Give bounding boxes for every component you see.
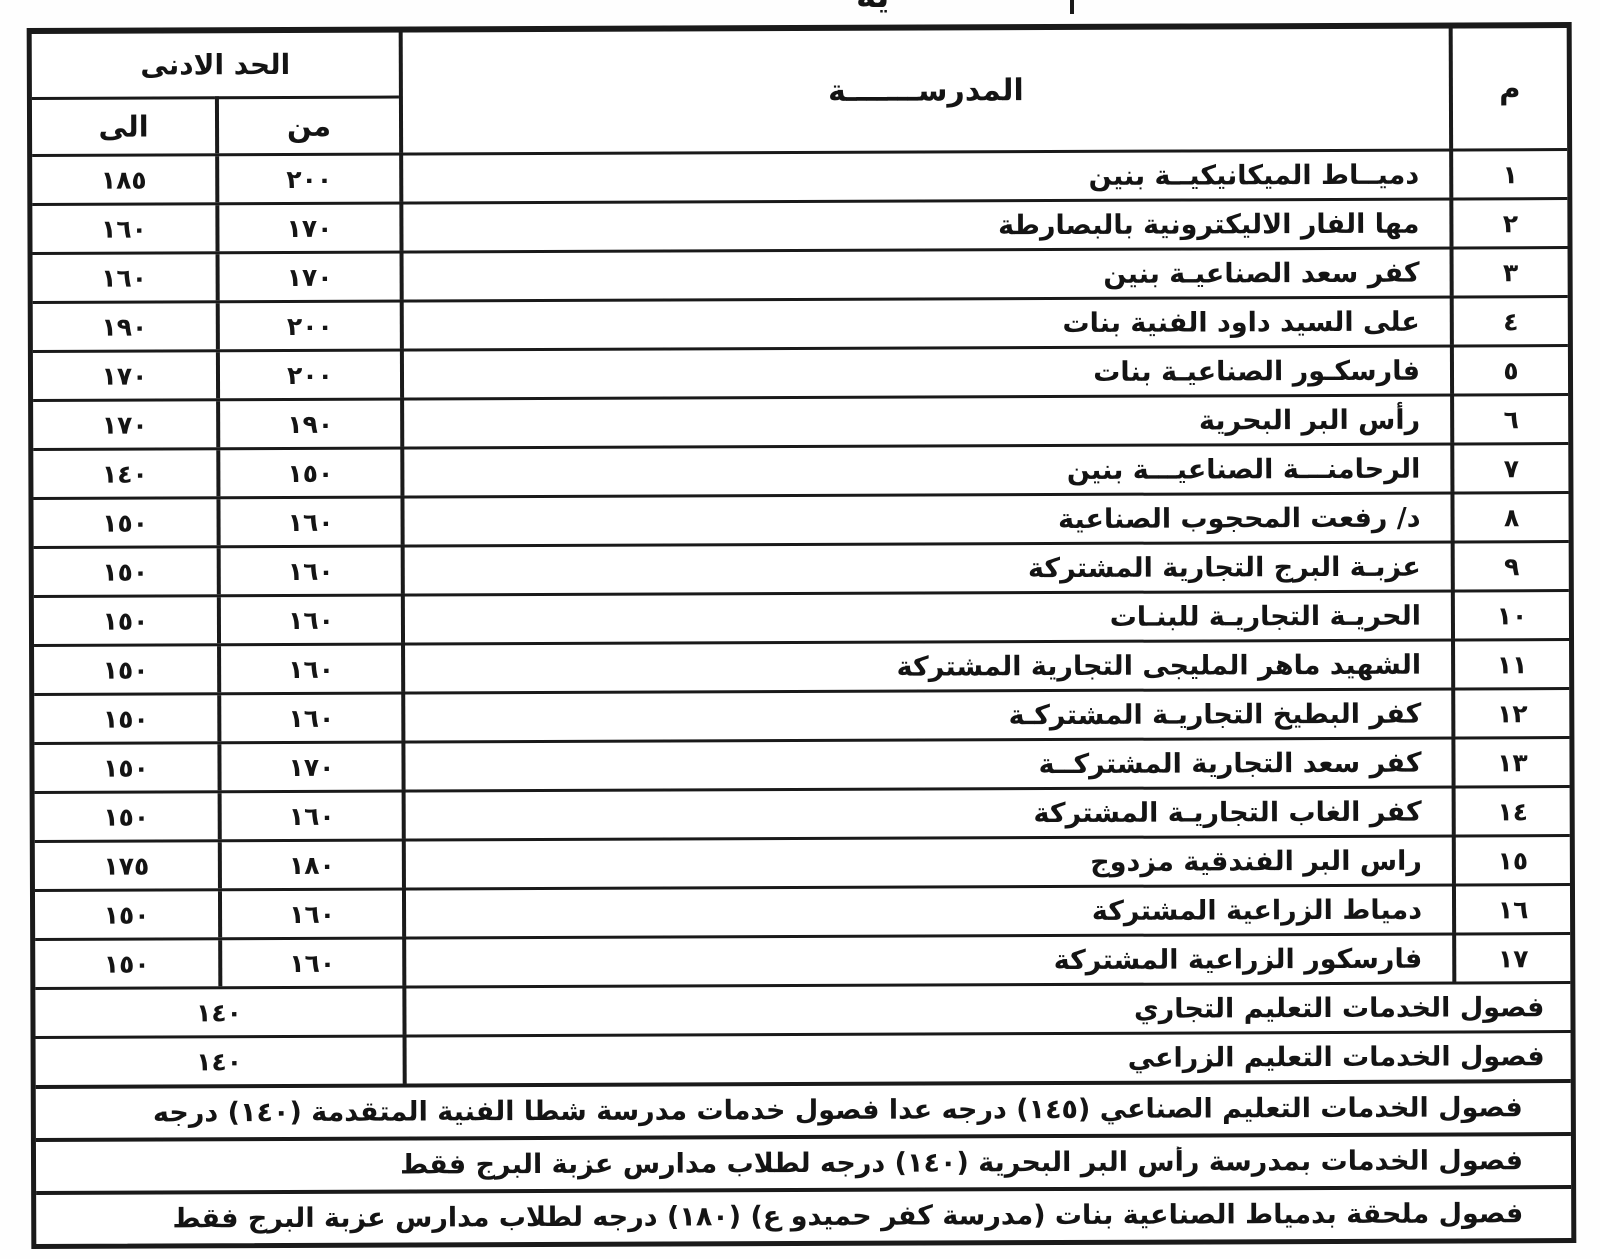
header-number: م xyxy=(1449,28,1567,148)
cell-to: ١٥٠ xyxy=(35,793,218,840)
cell-school: فارسكور الزراعية المشتركة xyxy=(402,936,1452,986)
cell-school: فارسكـور الصناعيـة بنات xyxy=(400,348,1450,398)
cell-number: ١١ xyxy=(1451,641,1569,687)
table-row: ١٥٠ ١٦٠ عزبـة البرج التجارية المشتركة ٩ xyxy=(34,540,1569,595)
cell-to: ١٥٠ xyxy=(34,646,217,693)
cell-to: ١٧٠ xyxy=(33,401,216,448)
cell-to: ١٥٠ xyxy=(34,744,217,791)
table-row: ١٧٠ ٢٠٠ فارسكـور الصناعيـة بنات ٥ xyxy=(33,344,1568,399)
cell-number: ٦ xyxy=(1450,396,1568,442)
cell-from: ٢٠٠ xyxy=(215,156,399,203)
cell-school: الرحامنـــة الصناعيـــة بنين xyxy=(400,446,1450,496)
service-row-value: ١٤٠ xyxy=(35,989,402,1036)
note-row: فصول ملحقة بدمياط الصناعية بنات (مدرسة ك… xyxy=(36,1185,1571,1244)
cell-school: دميــاط الميكانيكيــة بنين xyxy=(399,152,1449,202)
service-row-label: فصول الخدمات التعليم التجاري xyxy=(402,984,1570,1034)
cell-to: ١٧٠ xyxy=(33,352,216,399)
table-row: ١٧٥ ١٨٠ راس البر الفندقية مزدوج ١٥ xyxy=(35,834,1570,889)
cell-number: ١ xyxy=(1449,151,1567,197)
minimum-scores-table: الحد الادنى الى من المدرســـــــة م ١٨٥ … xyxy=(27,22,1577,1249)
cell-from: ١٥٠ xyxy=(216,450,400,497)
cell-to: ١٥٠ xyxy=(35,891,218,938)
cell-school: على السيد داود الفنية بنات xyxy=(400,299,1450,349)
cell-from: ٢٠٠ xyxy=(216,303,400,350)
service-row-value: ١٤٠ xyxy=(36,1038,403,1085)
table-row: ١٥٠ ١٧٠ كفر سعد التجارية المشتركــة ١٣ xyxy=(34,736,1569,791)
cell-to: ١٥٠ xyxy=(35,940,218,987)
cell-to: ١٥٠ xyxy=(33,499,216,546)
header-to: الى xyxy=(32,96,215,154)
cell-from: ١٦٠ xyxy=(218,793,402,840)
note-text: فصول الخدمات التعليم الصناعي (١٤٥) درجه … xyxy=(153,1092,1523,1128)
table-row: ١٦٠ ١٧٠ مها الفار الاليكترونية بالبصارطة… xyxy=(32,197,1567,252)
cell-number: ١٤ xyxy=(1452,788,1570,834)
table-body: ١٨٥ ٢٠٠ دميــاط الميكانيكيــة بنين ١ ١٦٠… xyxy=(32,148,1570,987)
service-row-label: فصول الخدمات التعليم الزراعي xyxy=(403,1033,1571,1083)
cell-school: مها الفار الاليكترونية بالبصارطة xyxy=(399,201,1449,251)
cell-to: ١٧٥ xyxy=(35,842,218,889)
cell-number: ٨ xyxy=(1450,494,1568,540)
cell-from: ١٩٠ xyxy=(216,401,400,448)
cell-from: ١٦٠ xyxy=(218,940,402,987)
cell-number: ٤ xyxy=(1450,298,1568,344)
page-title-stroke xyxy=(1070,0,1074,14)
cell-number: ١٧ xyxy=(1452,935,1570,981)
cell-from: ١٦٠ xyxy=(217,597,401,644)
cell-number: ٩ xyxy=(1451,543,1569,589)
table-header: الحد الادنى الى من المدرســـــــة م xyxy=(32,28,1567,154)
table-row: ١٥٠ ١٦٠ فارسكور الزراعية المشتركة ١٧ xyxy=(35,932,1570,987)
table-row: ١٥٠ ١٦٠ كفر البطيخ التجاريـة المشتركـة ١… xyxy=(34,687,1569,742)
table-row: ١٥٠ ١٦٠ د/ رفعت المحجوب الصناعية ٨ xyxy=(33,491,1568,546)
cell-school: راس البر الفندقية مزدوج xyxy=(402,838,1452,888)
table-row: ١٥٠ ١٦٠ كفر الغاب التجاريـة المشتركة ١٤ xyxy=(35,785,1570,840)
header-from: من xyxy=(215,96,399,154)
page-title-fragment: ية xyxy=(856,0,986,16)
cell-to: ١٦٠ xyxy=(32,205,215,252)
cell-from: ١٨٠ xyxy=(218,842,402,889)
table-row: ١٧٠ ١٩٠ رأس البر البحرية ٦ xyxy=(33,393,1568,448)
cell-from: ١٦٠ xyxy=(217,646,401,693)
service-row: ١٤٠ فصول الخدمات التعليم الزراعي xyxy=(36,1030,1571,1085)
cell-from: ١٦٠ xyxy=(216,499,400,546)
cell-school: د/ رفعت المحجوب الصناعية xyxy=(400,495,1450,545)
cell-school: كفر البطيخ التجاريـة المشتركـة xyxy=(401,691,1451,741)
table-row: ١٥٠ ١٦٠ الشهيد ماهر المليجى التجارية الم… xyxy=(34,638,1569,693)
page-title-fragment-text: ية xyxy=(856,0,889,16)
cell-from: ١٧٠ xyxy=(215,205,399,252)
cell-school: رأس البر البحرية xyxy=(400,397,1450,447)
table-row: ١٤٠ ١٥٠ الرحامنـــة الصناعيـــة بنين ٧ xyxy=(33,442,1568,497)
table-row: ١٦٠ ١٧٠ كفر سعد الصناعيـة بنين ٣ xyxy=(33,246,1568,301)
cell-school: دمياط الزراعية المشتركة xyxy=(402,887,1452,937)
cell-school: الحريـة التجاريـة للبنـات xyxy=(401,593,1451,643)
cell-number: ٣ xyxy=(1450,249,1568,295)
cell-school: كفر سعد الصناعيـة بنين xyxy=(400,250,1450,300)
note-row: فصول الخدمات بمدرسة رأس البر البحرية (١٤… xyxy=(36,1132,1571,1191)
note-row: فصول الخدمات التعليم الصناعي (١٤٥) درجه … xyxy=(36,1079,1571,1138)
note-text: فصول الخدمات بمدرسة رأس البر البحرية (١٤… xyxy=(400,1145,1523,1180)
cell-to: ١٤٠ xyxy=(33,450,216,497)
header-min-limit: الحد الادنى xyxy=(32,33,399,97)
cell-school: عزبـة البرج التجارية المشتركة xyxy=(401,544,1451,594)
table-row: ١٩٠ ٢٠٠ على السيد داود الفنية بنات ٤ xyxy=(33,295,1568,350)
table-row: ١٥٠ ١٦٠ دمياط الزراعية المشتركة ١٦ xyxy=(35,883,1570,938)
note-text: فصول ملحقة بدمياط الصناعية بنات (مدرسة ك… xyxy=(172,1198,1523,1234)
service-rows: ١٤٠ فصول الخدمات التعليم التجاري ١٤٠ فصو… xyxy=(35,981,1570,1085)
notes-rows: فصول الخدمات التعليم الصناعي (١٤٥) درجه … xyxy=(36,1079,1572,1244)
service-row: ١٤٠ فصول الخدمات التعليم التجاري xyxy=(35,981,1570,1036)
cell-school: كفر سعد التجارية المشتركــة xyxy=(401,740,1451,790)
cell-number: ١٥ xyxy=(1452,837,1570,883)
cell-number: ١٠ xyxy=(1451,592,1569,638)
cell-from: ١٧٠ xyxy=(217,744,401,791)
header-school: المدرســـــــة xyxy=(399,29,1449,153)
cell-school: كفر الغاب التجاريـة المشتركة xyxy=(402,789,1452,839)
cell-number: ٢ xyxy=(1449,200,1567,246)
cell-number: ١٦ xyxy=(1452,886,1570,932)
cell-from: ١٦٠ xyxy=(217,548,401,595)
cell-number: ١٢ xyxy=(1451,690,1569,736)
cell-from: ٢٠٠ xyxy=(216,352,400,399)
cell-from: ١٦٠ xyxy=(217,695,401,742)
table-row: ١٨٥ ٢٠٠ دميــاط الميكانيكيــة بنين ١ xyxy=(32,148,1567,203)
cell-to: ١٩٠ xyxy=(33,303,216,350)
cell-number: ٥ xyxy=(1450,347,1568,393)
cell-number: ١٣ xyxy=(1451,739,1569,785)
table-row: ١٥٠ ١٦٠ الحريـة التجاريـة للبنـات ١٠ xyxy=(34,589,1569,644)
cell-school: الشهيد ماهر المليجى التجارية المشتركة xyxy=(401,642,1451,692)
cell-to: ١٨٥ xyxy=(32,156,215,203)
cell-to: ١٥٠ xyxy=(34,597,217,644)
cell-to: ١٥٠ xyxy=(34,695,217,742)
cell-from: ١٧٠ xyxy=(216,254,400,301)
cell-to: ١٦٠ xyxy=(33,254,216,301)
scanned-page: ية الحد الادنى الى من المدرســـــــة م ١… xyxy=(0,0,1600,1259)
cell-number: ٧ xyxy=(1450,445,1568,491)
cell-to: ١٥٠ xyxy=(34,548,217,595)
cell-from: ١٦٠ xyxy=(218,891,402,938)
